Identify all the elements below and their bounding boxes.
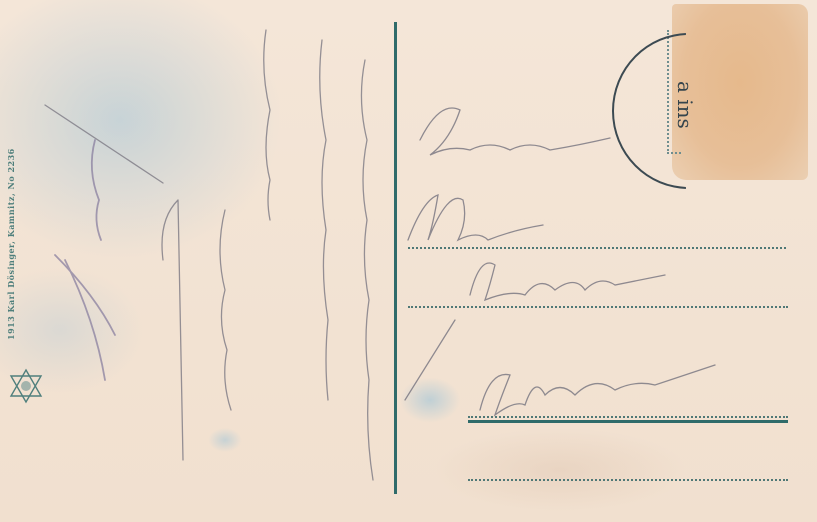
message-signature: J. Kohne — [0, 0, 1, 1]
address-line-2 — [408, 306, 788, 308]
address-line-1 — [408, 247, 786, 249]
message-line-2: und Kammeraden — [0, 0, 1, 1]
address-line-4 — [468, 479, 788, 481]
postcard-back: 1913 Karl Dösinger, Kamnitz, No 2236 a i… — [0, 0, 817, 522]
address-city: Feldbach — [0, 0, 1, 1]
message-line-1: Sende hertzlichen Gruß — [0, 0, 1, 1]
postmark-text: a ins — [587, 81, 697, 141]
message-line-3: bruder Ihr — [0, 0, 1, 1]
address-name: Wilh — [0, 0, 1, 1]
address-street: Hestack — [0, 0, 1, 1]
star-of-david-trademark-icon — [8, 368, 44, 404]
address-salutation: Herrn — [0, 0, 1, 1]
address-line-3 — [468, 420, 788, 423]
center-divider-line — [394, 22, 397, 494]
address-line-3-dotted — [468, 416, 788, 418]
message-postscript: Mom 3. Jan — [0, 0, 1, 1]
publisher-imprint: 1913 Karl Dösinger, Kamnitz, No 2236 — [6, 148, 16, 340]
